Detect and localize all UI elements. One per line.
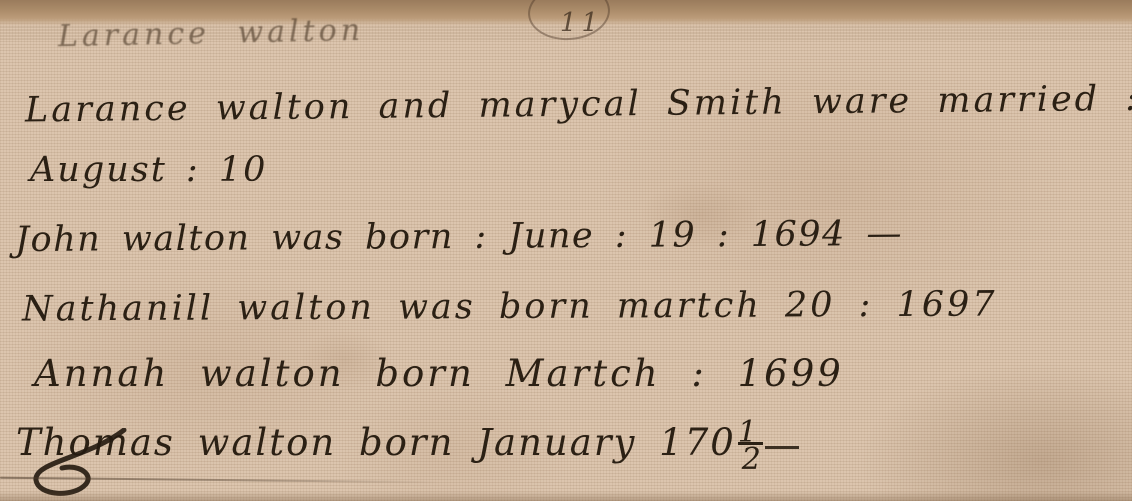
page-bottom-edge: [0, 491, 1132, 501]
old-style-year-fraction: 12: [738, 418, 763, 475]
fraction-denominator: 2: [738, 442, 763, 475]
page-number: 11: [560, 8, 603, 38]
heading-name: Larance walton: [58, 13, 365, 54]
trailing-dash: [765, 446, 799, 449]
initial-letter-flourish: [28, 428, 158, 500]
register-entry-marriage-date: August : 10: [30, 150, 267, 190]
register-entry-birth-nathanill: Nathanill walton was born martch 20 : 16…: [22, 284, 998, 329]
register-entry-birth-annah: Annah walton born Martch : 1699: [34, 352, 844, 395]
register-entry-marriage: Larance walton and marycal Smith ware ma…: [25, 78, 1132, 131]
manuscript-page: 11 Larance walton Larance walton and mar…: [0, 0, 1132, 501]
register-entry-birth-john: John walton was born : June : 19 : 1694 …: [15, 214, 903, 260]
